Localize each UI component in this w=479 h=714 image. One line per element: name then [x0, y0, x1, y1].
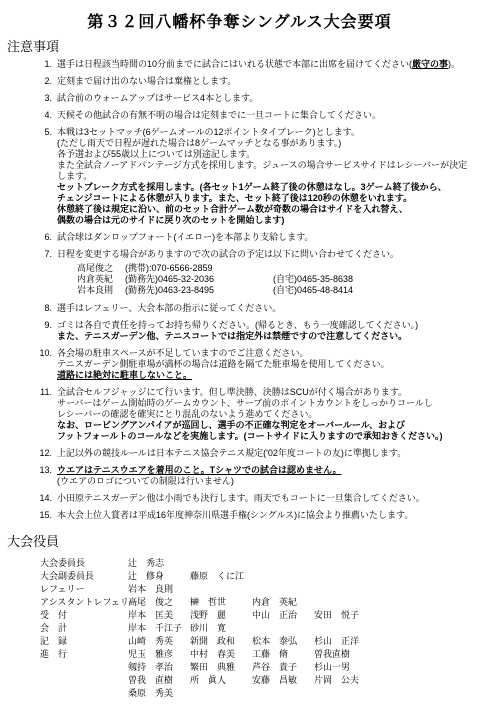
- note-line: レシーバーの確認を確実にとり混乱のないよう進めてください。: [57, 409, 475, 420]
- official-role: 進 行: [40, 648, 128, 661]
- note-body: 試合前のウォームアップはサービス4本とします。: [57, 93, 475, 104]
- note-number: 12.: [34, 448, 52, 459]
- note-item: 15.本大会上位入賞者は平成16年度神奈川県選手権(シングルス)に協会より推薦い…: [34, 510, 475, 521]
- official-role: [40, 661, 128, 674]
- note-body: 定刻まで届け出のない場合は棄権とします。: [57, 76, 475, 87]
- note-number: 3.: [34, 93, 52, 104]
- official-name: 内倉 英紀: [252, 596, 314, 609]
- official-name: 繁田 典雅: [190, 661, 252, 674]
- official-name: [252, 583, 314, 596]
- official-name: 芦谷 貴子: [252, 661, 314, 674]
- contact-phone-primary: (勤務先)0465-32-2036: [125, 274, 273, 285]
- official-name: 砂川 寛: [190, 622, 252, 635]
- note-line: 全試合セルフジャッジにて行います。但し準決勝、決勝はSCUが付く場合があります。: [57, 387, 475, 398]
- official-role: 受 付: [40, 609, 128, 622]
- note-line: 休憩終了後は規定に沿い、前のセット合計ゲーム数が奇数の場合はサイドを入れ替え、: [57, 204, 475, 215]
- official-name: 中村 春美: [190, 648, 252, 661]
- note-text: 上記以外の競技ルールは日本テニス協会テニス規定('02年度コートの友)に準拠しま…: [57, 448, 406, 458]
- note-text: 本大会上位入賞者は平成16年度神奈川県選手権(シングルス)に協会より推薦いたしま…: [57, 510, 413, 520]
- official-name: [190, 583, 252, 596]
- note-line: なお、ロービングアンパイアが巡回し、選手の不正確な判定をオーバールール、および: [57, 420, 475, 431]
- note-line: 各会場の駐車スペースが不足していますのでご注意ください。: [57, 348, 475, 359]
- note-text-emphasis: 休憩終了後は規定に沿い、前のセット合計ゲーム数が奇数の場合はサイドを入れ替え、: [57, 204, 408, 214]
- note-body: 選手は日程該当時間の10分前までに試合にはいれる状態で本部に出席を届けてください…: [57, 59, 475, 70]
- official-name: [314, 570, 376, 583]
- note-item: 9.ゴミは各自で責任を持ってお持ち帰りください。(帰るとき、もう一度確認してくだ…: [34, 320, 475, 342]
- note-body: 本大会上位入賞者は平成16年度神奈川県選手権(シングルス)に協会より推薦いたしま…: [57, 510, 475, 521]
- note-item: 3.試合前のウォームアップはサービス4本とします。: [34, 93, 475, 104]
- note-number: 1.: [34, 59, 52, 70]
- note-text-emphasis: ウエアはテニスウエアを着用のこと。Tシャツでの試合は認めません。: [57, 465, 342, 475]
- contact-name: 高尾俊之: [77, 263, 125, 274]
- contact-row: 岩本良則(勤務先)0463-23-8495(自宅)0465-48-8414: [77, 285, 475, 296]
- note-number: 14.: [34, 493, 52, 504]
- note-number: 15.: [34, 510, 52, 521]
- official-row: アシスタントレフェリー高尾 俊之榊 哲世内倉 英紀: [40, 596, 479, 609]
- official-name: 高尾 俊之: [128, 596, 190, 609]
- note-line: ウエアはテニスウエアを着用のこと。Tシャツでの試合は認めません。: [57, 465, 475, 476]
- note-line: また、テニスガーデン他、テニスコートでは指定外は禁煙ですので注意してください。: [57, 331, 475, 342]
- note-line: 天候その他試合の有無不明の場合は定刻までに一旦コートに集合してください。: [57, 110, 475, 121]
- official-name: 山崎 秀英: [128, 635, 190, 648]
- contact-phone-home: [273, 263, 475, 274]
- note-body: 小田原テニスガーデン他は小雨でも決行します。雨天でもコートに一旦集合してください…: [57, 493, 475, 504]
- note-number: 2.: [34, 76, 52, 87]
- note-number: 9.: [34, 320, 52, 342]
- note-text: レシーバーの確認を確実にとり混乱のないよう進めてください。: [57, 409, 317, 419]
- official-name: 杉山 正洋: [314, 635, 376, 648]
- official-name: [190, 687, 252, 700]
- note-number: 11.: [34, 387, 52, 442]
- official-row: 大会副委員長辻 修身藤原 くに江: [40, 570, 479, 583]
- note-item: 14.小田原テニスガーデン他は小雨でも決行します。雨天でもコートに一旦集合してく…: [34, 493, 475, 504]
- note-text-emphasis: 厳守の事: [412, 59, 448, 69]
- note-line: 試合球はダンロップフォート(イエロー)を本部より支給します。: [57, 232, 475, 243]
- note-number: 8.: [34, 303, 52, 314]
- note-text: また全試合ノーアドバンテージ方式を採用します。ジュースの場合サービスサイドはレシ…: [57, 160, 467, 181]
- contact-phone-primary: (勤務先)0463-23-8495: [125, 285, 273, 296]
- official-name: 辻 秀志: [128, 557, 190, 570]
- note-body: ウエアはテニスウエアを着用のこと。Tシャツでの試合は認めません。(ウエアのロゴに…: [57, 465, 475, 487]
- document-title: 第３２回八幡杯争奪シングルス大会要項: [0, 0, 479, 33]
- note-text: 定刻まで届け出のない場合は棄権とします。: [57, 76, 236, 86]
- note-text: サーバーはゲーム開始時のゲームカウント、サーブ前のポイントカウントをしっかりコー…: [57, 398, 433, 408]
- official-name: [314, 557, 376, 570]
- official-role: 大会委員長: [40, 557, 128, 570]
- note-text: 本戦は3セットマッチ(6ゲームオールの12ポイントタイブレーク)とします。: [57, 127, 360, 137]
- note-body: ゴミは各自で責任を持ってお持ち帰りください。(帰るとき、もう一度確認してください…: [57, 320, 475, 342]
- note-line: 上記以外の競技ルールは日本テニス協会テニス規定('02年度コートの友)に準拠しま…: [57, 448, 475, 459]
- official-row: レフェリー岩本 良則: [40, 583, 479, 596]
- official-role: [40, 687, 128, 700]
- official-name: 岸本 千江子: [128, 622, 190, 635]
- notes-heading: 注意事項: [7, 39, 479, 54]
- official-name: [314, 687, 376, 700]
- note-number: 10.: [34, 348, 52, 381]
- note-text: (ただし雨天で日程が遅れた場合は8ゲームマッチとなる事があります。): [57, 138, 341, 148]
- document-page: 第３２回八幡杯争奪シングルス大会要項 注意事項 1.選手は日程該当時間の10分前…: [0, 0, 479, 714]
- note-line: (ただし雨天で日程が遅れた場合は8ゲームマッチとなる事があります。): [57, 138, 475, 149]
- official-name: 岩本 良則: [128, 583, 190, 596]
- note-body: 各会場の駐車スペースが不足していますのでご注意ください。テニスガーデン側駐車場が…: [57, 348, 475, 381]
- note-line: テニスガーデン側駐車場が満杯の場合は道路を隔てた駐車場を使用してください。: [57, 359, 475, 370]
- note-text-emphasis: また、テニスガーデン他、テニスコートでは指定外は禁煙ですので注意してください。: [57, 331, 407, 341]
- note-text: テニスガーデン側駐車場が満杯の場合は道路を隔てた駐車場を使用してください。: [57, 359, 389, 369]
- note-line: サーバーはゲーム開始時のゲームカウント、サーブ前のポイントカウントをしっかりコー…: [57, 398, 475, 409]
- note-text: ゴミは各自で責任を持ってお持ち帰りください。(帰るとき、もう一度確認してください…: [57, 320, 418, 330]
- note-line: 試合前のウォームアップはサービス4本とします。: [57, 93, 475, 104]
- note-text: )。: [448, 59, 460, 69]
- note-text-emphasis: フットフォールトのコールなどを実施します。(コートサイドに入りますので承知おきく…: [57, 431, 442, 441]
- note-line: 小田原テニスガーデン他は小雨でも決行します。雨天でもコートに一旦集合してください…: [57, 493, 475, 504]
- contact-name: 岩本良則: [77, 285, 125, 296]
- note-item: 2.定刻まで届け出のない場合は棄権とします。: [34, 76, 475, 87]
- note-item: 6.試合球はダンロップフォート(イエロー)を本部より支給します。: [34, 232, 475, 243]
- note-text-emphasis: セットブレーク方式を採用します。(各セット1ゲーム終了後の休憩はなし。3ゲーム終…: [57, 182, 447, 192]
- note-text: 選手は日程該当時間の10分前までに試合にはいれる状態で本部に出席を届けてください…: [57, 59, 412, 69]
- contact-phone-home: (自宅)0465-48-8414: [273, 285, 475, 296]
- official-name: 松本 泰弘: [252, 635, 314, 648]
- note-body: 本戦は3セットマッチ(6ゲームオールの12ポイントタイブレーク)とします。(ただ…: [57, 127, 475, 226]
- note-item: 13.ウエアはテニスウエアを着用のこと。Tシャツでの試合は認めません。(ウエアの…: [34, 465, 475, 487]
- note-text: 各会場の駐車スペースが不足していますのでご注意ください。: [57, 348, 309, 358]
- official-row: 曽我 直樹所 眞人安藤 昌敏片岡 公夫: [40, 674, 479, 687]
- note-body: 全試合セルフジャッジにて行います。但し準決勝、決勝はSCUが付く場合があります。…: [57, 387, 475, 442]
- note-text: 小田原テニスガーデン他は小雨でも決行します。雨天でもコートに一旦集合してください…: [57, 493, 425, 503]
- official-name: 安藤 昌敏: [252, 674, 314, 687]
- note-text: 試合前のウォームアップはサービス4本とします。: [57, 93, 258, 103]
- official-name: [314, 583, 376, 596]
- official-name: 安田 悦子: [314, 609, 376, 622]
- note-number: 13.: [34, 465, 52, 487]
- note-text: 各予選および55歳以上については別途記します。: [57, 149, 255, 159]
- contact-phone-primary: (携帯):070-6566-2859: [125, 263, 273, 274]
- official-role: レフェリー: [40, 583, 128, 596]
- note-text-emphasis: チェンジコートによる休憩が入ります。また、セット終了後は120秒の休憩をいれます…: [57, 193, 412, 203]
- note-number: 5.: [34, 127, 52, 226]
- contact-row: 内倉英紀(勤務先)0465-32-2036(自宅)0465-35-8638: [77, 274, 475, 285]
- officials-list: 大会委員長辻 秀志大会副委員長辻 修身藤原 くに江レフェリー岩本 良則アシスタン…: [40, 557, 479, 700]
- official-name: 所 眞人: [190, 674, 252, 687]
- official-name: 工藤 脩: [252, 648, 314, 661]
- note-line: 偶数の場合は元のサイドに戻り次のセットを開始します): [57, 215, 475, 226]
- note-item: 5.本戦は3セットマッチ(6ゲームオールの12ポイントタイブレーク)とします。(…: [34, 127, 475, 226]
- official-row: 進 行児玉 雅彦中村 春美工藤 脩曽我直樹: [40, 648, 479, 661]
- contact-phone-home: (自宅)0465-35-8638: [273, 274, 475, 285]
- official-name: 浅野 麗: [190, 609, 252, 622]
- note-line: ゴミは各自で責任を持ってお持ち帰りください。(帰るとき、もう一度確認してください…: [57, 320, 475, 331]
- officials-heading: 大会役員: [7, 534, 479, 549]
- note-item: 4.天候その他試合の有無不明の場合は定刻までに一旦コートに集合してください。: [34, 110, 475, 121]
- note-body: 日程を変更する場合がありますので次の試合の予定は以下に問い合わせてください。高尾…: [57, 249, 475, 297]
- note-number: 7.: [34, 249, 52, 297]
- note-line: チェンジコートによる休憩が入ります。また、セット終了後は120秒の休憩をいれます…: [57, 193, 475, 204]
- official-name: [314, 622, 376, 635]
- official-name: 剱持 孝治: [128, 661, 190, 674]
- note-item: 12.上記以外の競技ルールは日本テニス協会テニス規定('02年度コートの友)に準…: [34, 448, 475, 459]
- note-line: 本大会上位入賞者は平成16年度神奈川県選手権(シングルス)に協会より推薦いたしま…: [57, 510, 475, 521]
- note-text: (ウエアのロゴについての制限は行いません): [57, 476, 234, 486]
- note-line: 定刻まで届け出のない場合は棄権とします。: [57, 76, 475, 87]
- note-item: 11.全試合セルフジャッジにて行います。但し準決勝、決勝はSCUが付く場合があり…: [34, 387, 475, 442]
- official-row: 大会委員長辻 秀志: [40, 557, 479, 570]
- note-line: 日程を変更する場合がありますので次の試合の予定は以下に問い合わせてください。: [57, 249, 475, 260]
- note-body: 天候その他試合の有無不明の場合は定刻までに一旦コートに集合してください。: [57, 110, 475, 121]
- official-name: 曽我直樹: [314, 648, 376, 661]
- note-text: 試合球はダンロップフォート(イエロー)を本部より支給します。: [57, 232, 313, 242]
- official-name: 榊 哲世: [190, 596, 252, 609]
- official-row: 剱持 孝治繁田 典雅芦谷 貴子杉山一男: [40, 661, 479, 674]
- official-name: [190, 557, 252, 570]
- official-role: [40, 674, 128, 687]
- note-line: (ウエアのロゴについての制限は行いません): [57, 476, 475, 487]
- official-name: [252, 622, 314, 635]
- note-number: 6.: [34, 232, 52, 243]
- official-name: 中山 正治: [252, 609, 314, 622]
- official-role: アシスタントレフェリー: [40, 596, 128, 609]
- official-name: 岸本 匡美: [128, 609, 190, 622]
- official-row: 桑原 秀美: [40, 687, 479, 700]
- note-item: 1.選手は日程該当時間の10分前までに試合にはいれる状態で本部に出席を届けてくだ…: [34, 59, 475, 70]
- official-name: 新開 政和: [190, 635, 252, 648]
- note-text: 天候その他試合の有無不明の場合は定刻までに一旦コートに集合してください。: [57, 110, 381, 120]
- note-line: また全試合ノーアドバンテージ方式を採用します。ジュースの場合サービスサイドはレシ…: [57, 160, 475, 182]
- note-line: 本戦は3セットマッチ(6ゲームオールの12ポイントタイブレーク)とします。: [57, 127, 475, 138]
- notes-list: 1.選手は日程該当時間の10分前までに試合にはいれる状態で本部に出席を届けてくだ…: [34, 59, 475, 521]
- official-name: [252, 687, 314, 700]
- official-name: [314, 596, 376, 609]
- note-line: 選手は日程該当時間の10分前までに試合にはいれる状態で本部に出席を届けてください…: [57, 59, 475, 70]
- note-line: 各予選および55歳以上については別途記します。: [57, 149, 475, 160]
- official-name: 桑原 秀美: [128, 687, 190, 700]
- official-name: 杉山一男: [314, 661, 376, 674]
- official-role: 会 計: [40, 622, 128, 635]
- note-text: 全試合セルフジャッジにて行います。但し準決勝、決勝はSCUが付く場合があります。: [57, 387, 407, 397]
- note-body: 選手はレフェリー、大会本部の指示に従ってください。: [57, 303, 475, 314]
- official-row: 記 録山崎 秀英新開 政和松本 泰弘杉山 正洋: [40, 635, 479, 648]
- official-name: [252, 570, 314, 583]
- note-body: 試合球はダンロップフォート(イエロー)を本部より支給します。: [57, 232, 475, 243]
- note-item: 10.各会場の駐車スペースが不足していますのでご注意ください。テニスガーデン側駐…: [34, 348, 475, 381]
- official-row: 会 計岸本 千江子砂川 寛: [40, 622, 479, 635]
- note-item: 7.日程を変更する場合がありますので次の試合の予定は以下に問い合わせてください。…: [34, 249, 475, 297]
- contact-block: 高尾俊之(携帯):070-6566-2859内倉英紀(勤務先)0465-32-2…: [77, 263, 475, 296]
- contact-name: 内倉英紀: [77, 274, 125, 285]
- note-line: 道路には絶対に駐車しないこと。: [57, 370, 475, 381]
- official-name: 藤原 くに江: [190, 570, 252, 583]
- note-text: 日程を変更する場合がありますので次の試合の予定は以下に問い合わせてください。: [57, 249, 399, 259]
- official-role: 大会副委員長: [40, 570, 128, 583]
- official-row: 受 付岸本 匡美浅野 麗中山 正治安田 悦子: [40, 609, 479, 622]
- official-name: 片岡 公夫: [314, 674, 376, 687]
- note-body: 上記以外の競技ルールは日本テニス協会テニス規定('02年度コートの友)に準拠しま…: [57, 448, 475, 459]
- note-text-emphasis: なお、ロービングアンパイアが巡回し、選手の不正確な判定をオーバールール、および: [57, 420, 405, 430]
- official-name: 児玉 雅彦: [128, 648, 190, 661]
- contact-row: 高尾俊之(携帯):070-6566-2859: [77, 263, 475, 274]
- note-line: フットフォールトのコールなどを実施します。(コートサイドに入りますので承知おきく…: [57, 431, 475, 442]
- note-text-emphasis: 道路には絶対に駐車しないこと。: [57, 370, 192, 380]
- official-name: 辻 修身: [128, 570, 190, 583]
- official-name: [252, 557, 314, 570]
- official-name: 曽我 直樹: [128, 674, 190, 687]
- note-item: 8.選手はレフェリー、大会本部の指示に従ってください。: [34, 303, 475, 314]
- note-text: 選手はレフェリー、大会本部の指示に従ってください。: [57, 303, 281, 313]
- note-line: 選手はレフェリー、大会本部の指示に従ってください。: [57, 303, 475, 314]
- note-number: 4.: [34, 110, 52, 121]
- note-text-emphasis: 偶数の場合は元のサイドに戻り次のセットを開始します): [57, 215, 284, 225]
- official-role: 記 録: [40, 635, 128, 648]
- note-line: セットブレーク方式を採用します。(各セット1ゲーム終了後の休憩はなし。3ゲーム終…: [57, 182, 475, 193]
